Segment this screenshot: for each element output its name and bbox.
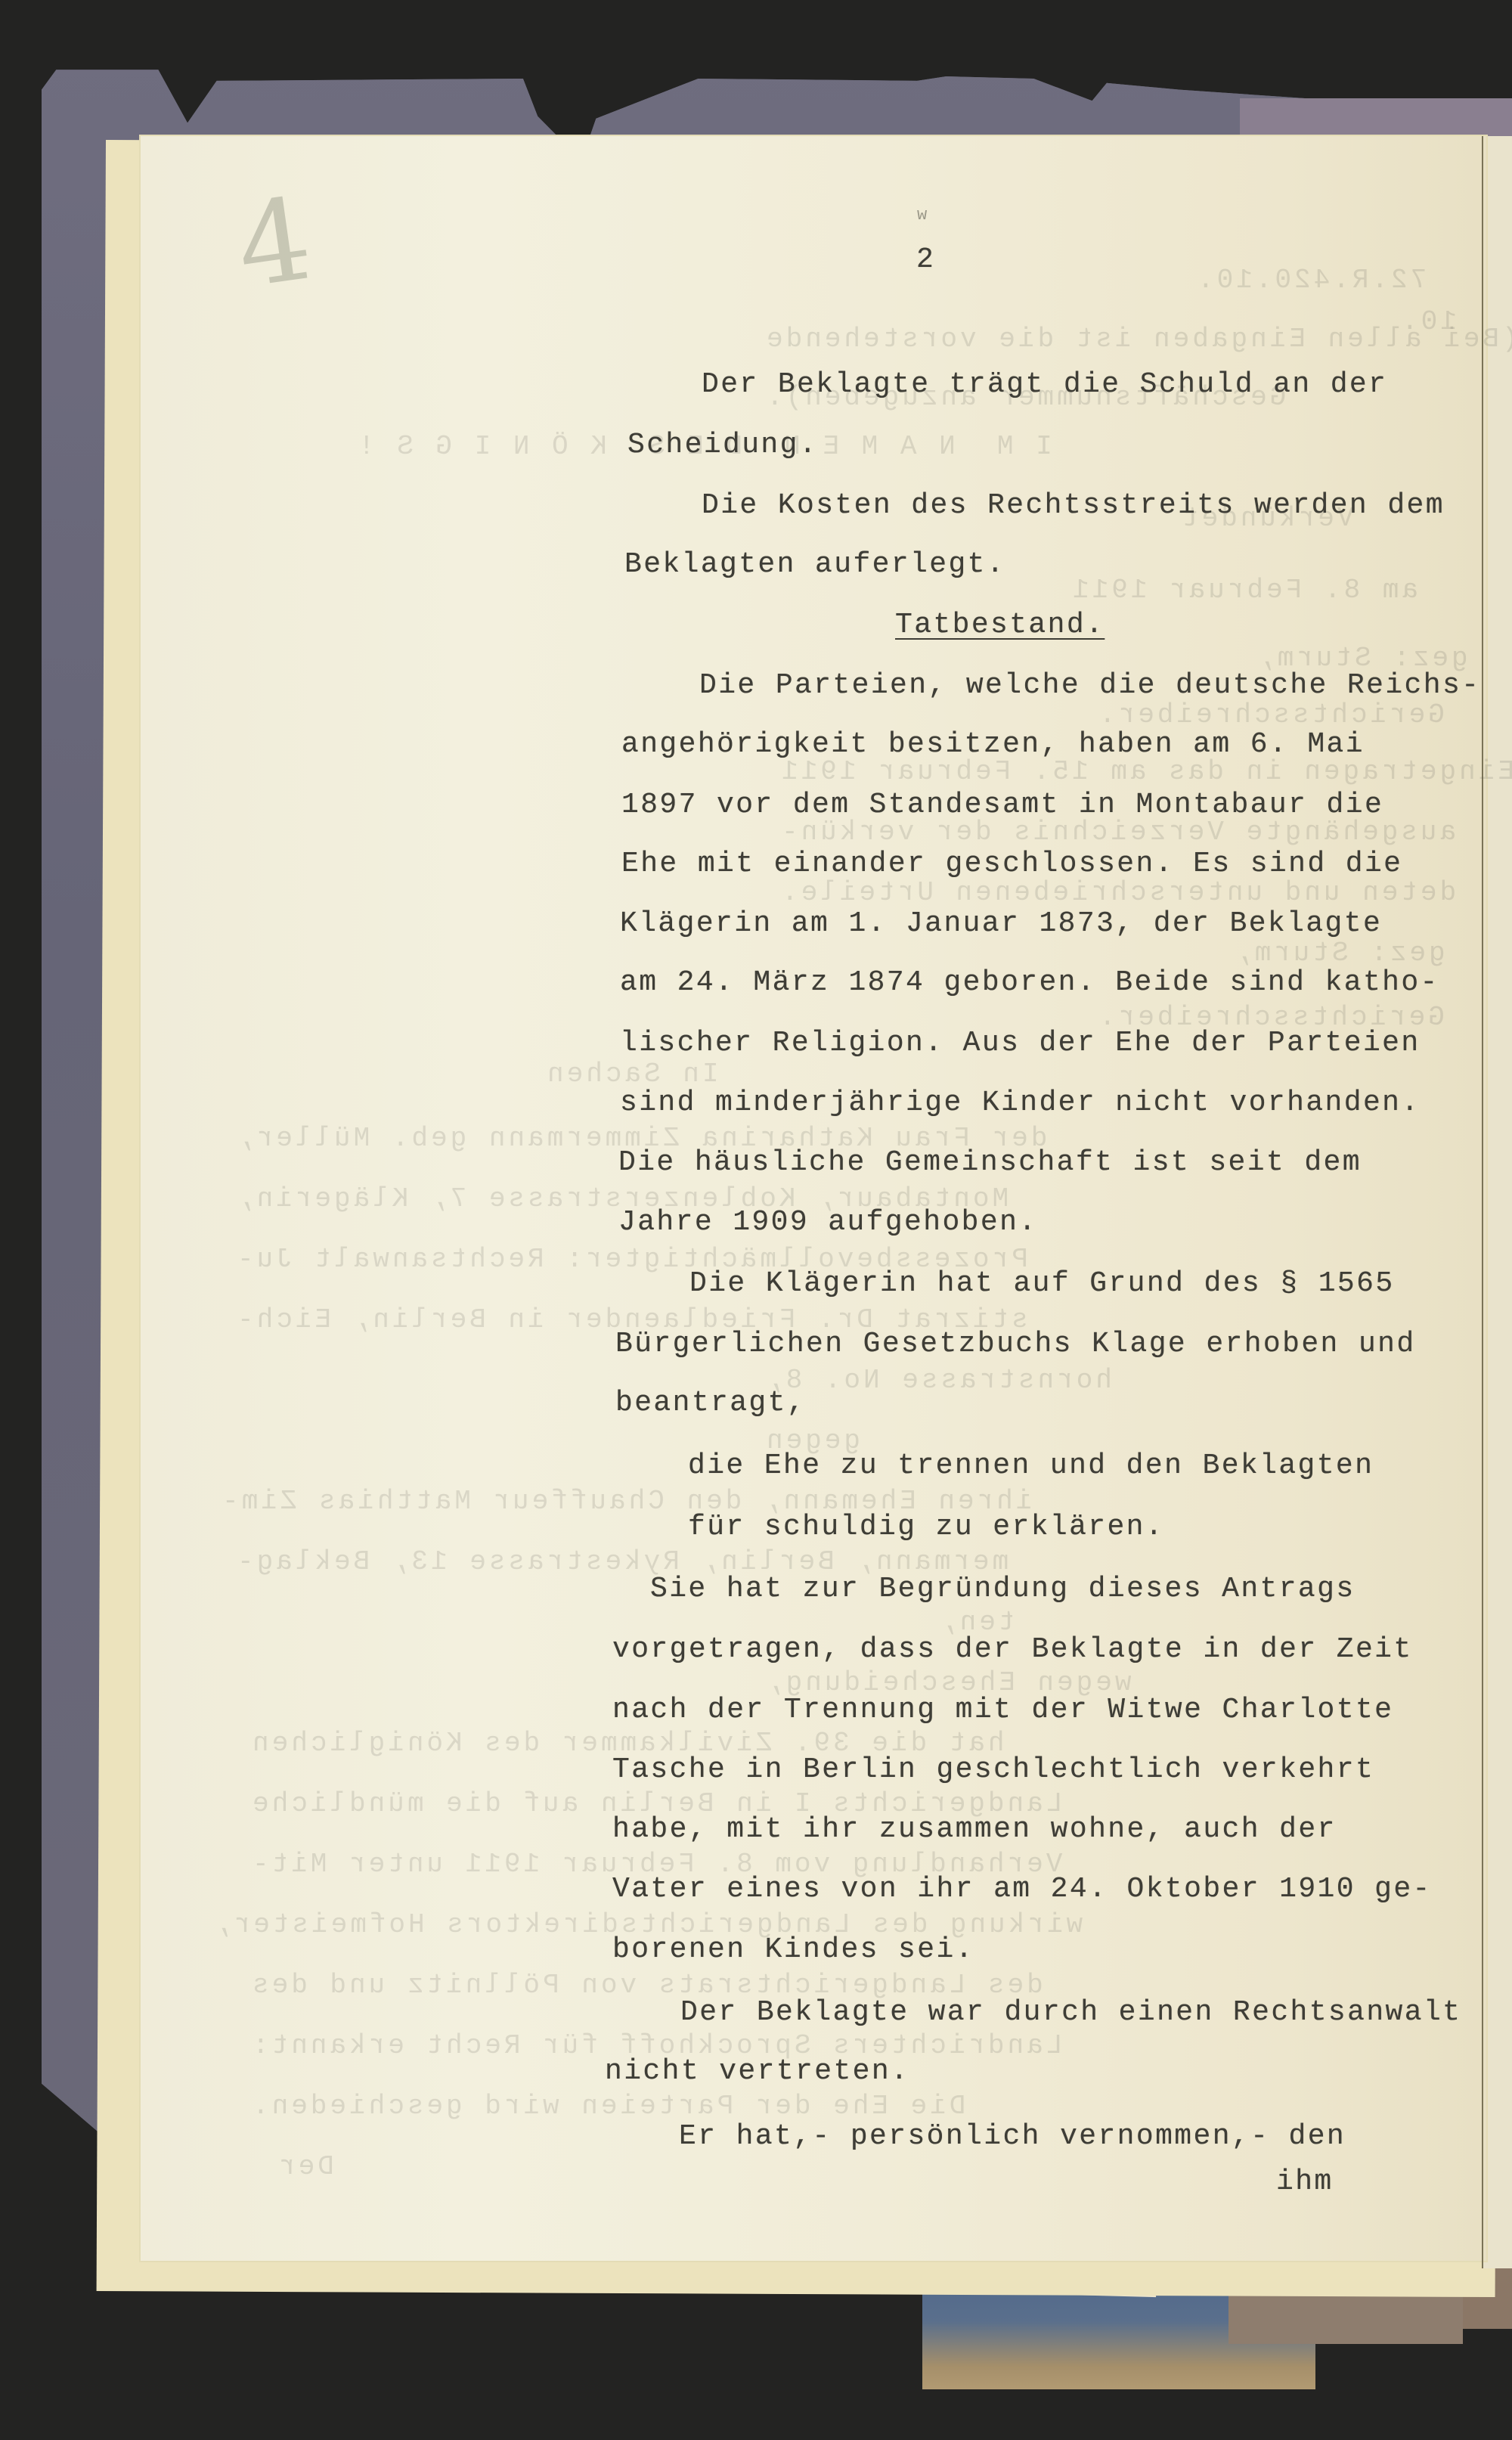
text-line: nicht vertreten. — [605, 2055, 909, 2088]
bleed-through-line: gez: Sturm, — [1232, 938, 1445, 969]
text-line: Beklagten auferlegt. — [624, 548, 1005, 581]
bleed-through-line: ausgehängte Verzeichnis der verkün- — [779, 817, 1456, 848]
text-line: Der Beklagte trägt die Schuld an der — [702, 368, 1387, 401]
text-line: sind minderjährige Kinder nicht vorhande… — [620, 1087, 1421, 1119]
text-line: habe, mit ihr zusammen wohne, auch der — [612, 1813, 1337, 1846]
text-line: 1897 vor dem Standesamt in Montabaur die — [621, 789, 1383, 821]
bleed-through-line: am 8. Februar 1911 — [1070, 575, 1418, 606]
text-line: für schuldig zu erklären. — [688, 1511, 1164, 1543]
bleed-through-line: Die Ehe der Parteien wird geschieden. — [249, 2091, 965, 2122]
text-line: am 24. März 1874 geboren. Beide sind kat… — [620, 966, 1439, 999]
text-line: Vater eines von ihr am 24. Oktober 1910 … — [612, 1873, 1432, 1905]
text-line: Scheidung. — [627, 429, 818, 461]
page-fold-line — [1482, 136, 1483, 2268]
adjacent-page-edge — [1483, 136, 1512, 2268]
text-line: Die häusliche Gemeinschaft ist seit dem — [618, 1146, 1362, 1179]
text-line: Jahre 1909 aufgehoben. — [618, 1206, 1037, 1239]
page-number: 2 — [916, 243, 935, 276]
bleed-through-line: hornstrasse No. 8, — [764, 1365, 1112, 1396]
text-line: Die Parteien, welche die deutsche Reichs… — [699, 669, 1480, 702]
text-line: nach der Trennung mit der Witwe Charlott… — [612, 1694, 1393, 1726]
text-line: Bürgerlichen Gesetzbuchs Klage erhoben u… — [615, 1328, 1416, 1360]
bleed-through-line: Der — [276, 2151, 334, 2182]
bleed-through-line: In Sachen — [544, 1059, 718, 1090]
text-line: Tasche in Berlin geschlechtlich verkehrt — [612, 1753, 1374, 1786]
text-line: ihm — [1276, 2166, 1334, 2198]
text-line: angehörigkeit besitzen, haben am 6. Mai — [621, 728, 1365, 761]
text-line: beantragt, — [615, 1387, 806, 1419]
text-line: vorgetragen, dass der Beklagte in der Ze… — [612, 1633, 1413, 1666]
bleed-through-line: Eingetragen in das am 15. Februar 1911 — [779, 756, 1512, 787]
text-line: die Ehe zu trennen und den Beklagten — [688, 1449, 1374, 1482]
text-line: Der Beklagte war durch einen Rechtsanwal… — [680, 1996, 1461, 2029]
text-line: Er hat,- persönlich vernommen,- den — [679, 2120, 1346, 2153]
text-line: Die Klägerin hat auf Grund des § 1565 — [689, 1267, 1395, 1300]
bleed-through-line: 72.R.420.10. — [1194, 265, 1427, 296]
bleed-through-line: deten und unterschriebenen Urteile. — [779, 877, 1456, 908]
text-line: Klägerin am 1. Januar 1873, der Beklagte — [620, 907, 1382, 940]
text-line: Ehe mit einander geschlossen. Es sind di… — [621, 848, 1402, 880]
bleed-through-line: Gerichtsschreiber. — [1096, 699, 1445, 730]
bleed-through-line: (Bei allen Eingaben ist die vorstehende — [764, 324, 1512, 355]
section-heading: Tatbestand. — [895, 609, 1105, 641]
text-line: borenen Kindes sei. — [612, 1933, 974, 1966]
text-line: Die Kosten des Rechtsstreits werden dem — [702, 489, 1445, 522]
text-line: Sie hat zur Begründung dieses Antrags — [650, 1573, 1356, 1605]
text-line: lischer Religion. Aus der Ehe der Partei… — [620, 1027, 1421, 1059]
top-mark: w — [917, 206, 927, 225]
